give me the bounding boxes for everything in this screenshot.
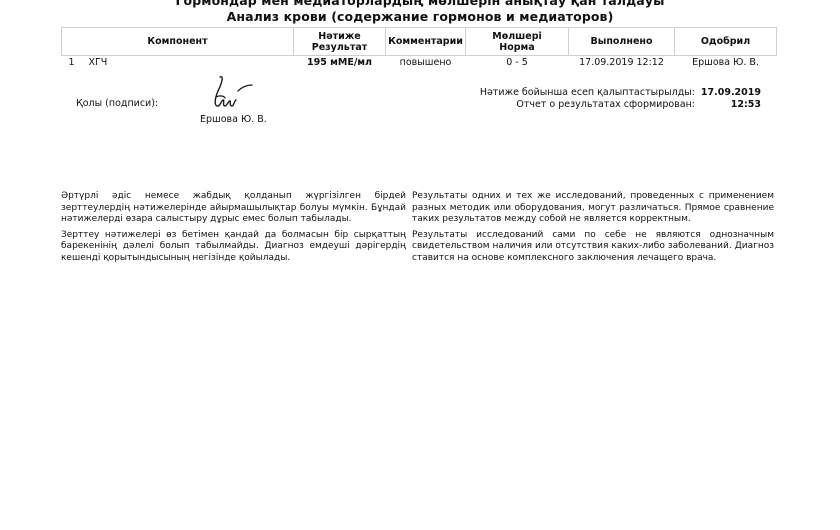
title-ru: Анализ крови (содержание гормонов и меди… <box>0 9 840 24</box>
disclaimer-ru-paragraph: Результаты одних и тех же исследований, … <box>412 191 774 226</box>
cell-component: 1ХГЧ <box>62 56 294 72</box>
row-number: 1 <box>69 57 89 68</box>
report-formed-kz-label: Нәтиже бойынша есеп қалыптастырылды: <box>470 87 695 99</box>
title-kz: Гормондар мен медиаторлардың мөлшерін ан… <box>0 0 840 8</box>
cell-comment: повышено <box>386 56 466 72</box>
disclaimer-ru-paragraph: Результаты исследований сами по себе не … <box>412 230 774 265</box>
cell-norm: 0 - 5 <box>466 56 569 72</box>
signature-label: Қолы (подписи): <box>76 98 158 109</box>
signer-name: Ершова Ю. В. <box>200 114 267 125</box>
disclaimer-kz-paragraph: Әртүрлі әдіс немесе жабдық қолданып жүрг… <box>61 191 406 226</box>
col-header-approved: Одобрил <box>675 28 777 56</box>
table-row: 1ХГЧ 195 мМЕ/мл повышено 0 - 5 17.09.201… <box>62 56 777 72</box>
disclaimer-kz-paragraph: Зерттеу нәтижелері өз бетімен қандай да … <box>61 230 406 265</box>
report-formed-ru-label: Отчет о результатах сформирован: <box>470 99 695 111</box>
col-header-component: Компонент <box>62 28 294 56</box>
col-header-done: Выполнено <box>569 28 675 56</box>
cell-approved: Ершова Ю. В. <box>675 56 777 72</box>
col-header-comment: Комментарии <box>386 28 466 56</box>
component-name: ХГЧ <box>89 57 108 68</box>
table-header-row: Компонент Нәтиже Результат Комментарии М… <box>62 28 777 56</box>
signature-icon <box>206 73 256 113</box>
report-formed-block: Нәтиже бойынша есеп қалыптастырылды: 17.… <box>470 87 761 111</box>
disclaimer-ru: Результаты одних и тех же исследований, … <box>412 191 774 268</box>
cell-result: 195 мМЕ/мл <box>294 56 386 72</box>
report-formed-time: 12:53 <box>695 99 761 111</box>
report-formed-date: 17.09.2019 <box>695 87 761 99</box>
col-header-norm: Мөлшері Норма <box>466 28 569 56</box>
disclaimer-kz: Әртүрлі әдіс немесе жабдық қолданып жүрг… <box>61 191 406 268</box>
cell-done: 17.09.2019 12:12 <box>569 56 675 72</box>
col-header-result: Нәтиже Результат <box>294 28 386 56</box>
results-table: Компонент Нәтиже Результат Комментарии М… <box>61 27 777 71</box>
